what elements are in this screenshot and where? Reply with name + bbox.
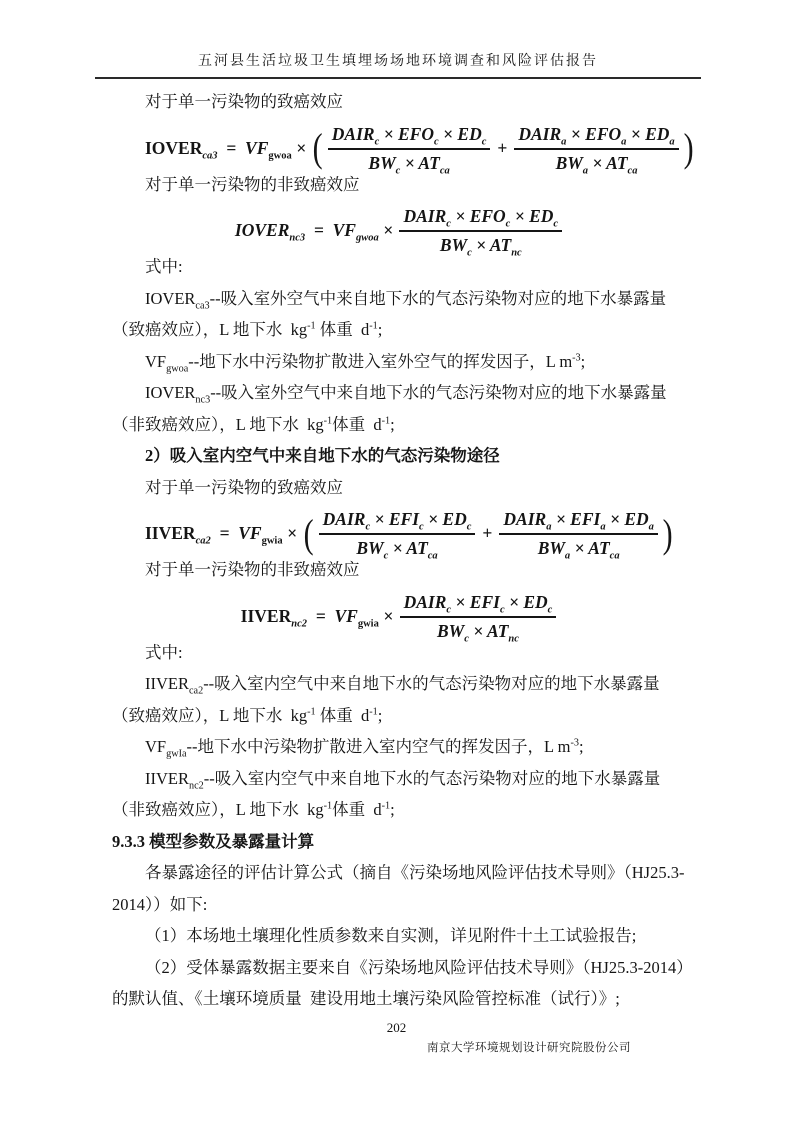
- fraction: DAIRc × EFIc × EDcBWc × ATnc: [400, 591, 557, 642]
- line-def-iover-ca3: IOVERca3--吸入室外空气中来自地下水的气态污染物对应的地下水暴露量: [112, 288, 687, 310]
- line-where-1: 式中:: [112, 256, 687, 278]
- page-number: 202: [0, 1020, 793, 1036]
- line-def-vf-gwia: VFgwIa--地下水中污染物扩散进入室内空气的挥发因子，L m-3;: [112, 736, 687, 758]
- line-def-iover-ca3-cont: （致癌效应），L 地下水 kg-1 体重 d-1;: [112, 319, 687, 341]
- line-noncarcinogenic-intro-2: 对于单一污染物的非致癌效应: [112, 559, 687, 581]
- fraction: DAIRa × EFIa × EDaBWa × ATca: [499, 508, 657, 559]
- plus-operator: +: [482, 523, 492, 544]
- close-paren: ): [683, 128, 693, 168]
- line-def-iover-nc3: IOVERnc3--吸入室外空气中来自地下水的气态污染物对应的地下水暴露量: [112, 382, 687, 404]
- fraction: DAIRc × EFIc × EDcBWc × ATca: [319, 508, 476, 559]
- line-item-1: （1）本场地土壤理化性质参数来自实测，详见附件十土工试验报告;: [112, 925, 687, 947]
- open-paren: (: [313, 128, 323, 168]
- report-header-title: 五河县生活垃圾卫生填埋场场地环境调查和风险评估报告: [95, 50, 701, 79]
- heading-section-933: 9.3.3 模型参数及暴露量计算: [112, 831, 687, 853]
- fraction: DAIRc × EFOc × EDcBWc × ATnc: [399, 205, 562, 256]
- line-section-intro: 各暴露途径的评估计算公式（摘自《污染场地风险评估技术导则》（HJ25.3-: [112, 862, 687, 884]
- plus-operator: +: [497, 138, 507, 159]
- document-body: 对于单一污染物的致癌效应IOVERca3 = VFgwoa × (DAIRc ×…: [112, 91, 687, 1020]
- fraction: DAIRa × EFOa × EDaBWa × ATca: [514, 123, 678, 174]
- heading-pathway-2: 2）吸入室内空气中来自地下水的气态污染物途径: [112, 445, 687, 467]
- line-def-iiver-nc2-cont: （非致癌效应），L 地下水 kg-1体重 d-1;: [112, 799, 687, 821]
- formula-iiver-ca2: IIVERca2 = VFgwia × (DAIRc × EFIc × EDcB…: [112, 508, 687, 559]
- formula-iover-ca3: IOVERca3 = VFgwoa × (DAIRc × EFOc × EDcB…: [112, 123, 687, 174]
- formula-iover-nc3: IOVERnc3 = VFgwoa × DAIRc × EFOc × EDcBW…: [112, 205, 687, 256]
- line-def-iover-nc3-cont: （非致癌效应），L 地下水 kg-1体重 d-1;: [112, 414, 687, 436]
- formula-iiver-nc2: IIVERnc2 = VFgwia × DAIRc × EFIc × EDcBW…: [112, 591, 687, 642]
- open-paren: (: [304, 514, 314, 554]
- line-section-intro-cont: 2014））如下:: [112, 894, 687, 916]
- line-carcinogenic-intro-2: 对于单一污染物的致癌效应: [112, 477, 687, 499]
- close-paren: ): [663, 514, 673, 554]
- line-def-vf-gwoa: VFgwoa--地下水中污染物扩散进入室外空气的挥发因子，L m-3;: [112, 351, 687, 373]
- fraction: DAIRc × EFOc × EDcBWc × ATca: [328, 123, 491, 174]
- line-def-iiver-ca2: IIVERca2--吸入室内空气中来自地下水的气态污染物对应的地下水暴露量: [112, 673, 687, 695]
- document-page: 五河县生活垃圾卫生填埋场场地环境调查和风险评估报告 对于单一污染物的致癌效应IO…: [0, 0, 793, 1122]
- line-def-iiver-ca2-cont: （致癌效应），L 地下水 kg-1 体重 d-1;: [112, 705, 687, 727]
- publisher-footer: 南京大学环境规划设计研究院股份公司: [112, 1039, 687, 1055]
- line-item-2-cont: 的默认值、《土壤环境质量 建设用地土壤污染风险管控标准（试行）》;: [112, 988, 687, 1010]
- line-where-2: 式中:: [112, 642, 687, 664]
- line-carcinogenic-intro-1: 对于单一污染物的致癌效应: [112, 91, 687, 113]
- line-def-iiver-nc2: IIVERnc2--吸入室内空气中来自地下水的气态污染物对应的地下水暴露量: [112, 768, 687, 790]
- line-item-2: （2）受体暴露数据主要来自《污染场地风险评估技术导则》（HJ25.3-2014）: [112, 957, 687, 979]
- line-noncarcinogenic-intro-1: 对于单一污染物的非致癌效应: [112, 174, 687, 196]
